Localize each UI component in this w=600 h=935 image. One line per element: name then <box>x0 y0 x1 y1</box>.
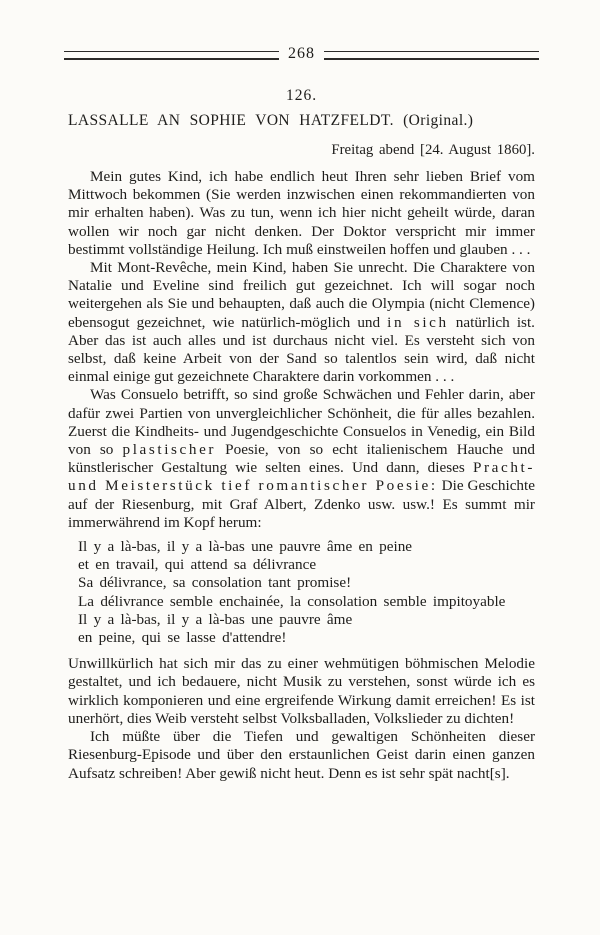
verse-line: en peine, qui se lasse d'attendre! <box>78 629 535 647</box>
letter-paragraph: Ich müßte über die Tiefen und gewaltigen… <box>68 728 535 783</box>
emphasized-text: in sich <box>387 314 449 331</box>
letter-paragraph: Unwillkürlich hat sich mir das zu einer … <box>68 655 535 728</box>
letter-paragraph: Mit Mont-Revêche, mein Kind, haben Sie u… <box>68 259 535 386</box>
page-header: 268 <box>64 47 539 63</box>
section-number: 126. <box>68 87 535 105</box>
verse-line: Sa délivrance, sa consolation tant promi… <box>78 574 535 592</box>
letter-heading: LASSALLE AN SOPHIE VON HATZFELDT. (Origi… <box>68 112 535 130</box>
page-number: 268 <box>288 46 315 62</box>
header-rule-left <box>64 51 279 60</box>
letter-paragraph: Was Consuelo betrifft, so sind große Sch… <box>68 386 535 532</box>
letter-body: Mein gutes Kind, ich habe endlich heut I… <box>68 168 535 783</box>
dateline: Freitag abend [24. August 1860]. <box>68 142 535 159</box>
header-rule-right <box>324 51 539 60</box>
letter-paragraph: Mein gutes Kind, ich habe endlich heut I… <box>68 168 535 259</box>
verse-block: Il y a là-bas, il y a là-bas une pauvre … <box>78 538 535 647</box>
verse-line: La délivrance semble enchainée, la conso… <box>78 593 535 611</box>
emphasized-text: plastischer <box>123 441 217 458</box>
verse-line: Il y a là-bas, il y a là-bas une pauvre … <box>78 611 535 629</box>
book-page: 268 126. LASSALLE AN SOPHIE VON HATZFELD… <box>0 0 600 935</box>
verse-line: Il y a là-bas, il y a là-bas une pauvre … <box>78 538 535 556</box>
verse-line: et en travail, qui attend sa délivrance <box>78 556 535 574</box>
